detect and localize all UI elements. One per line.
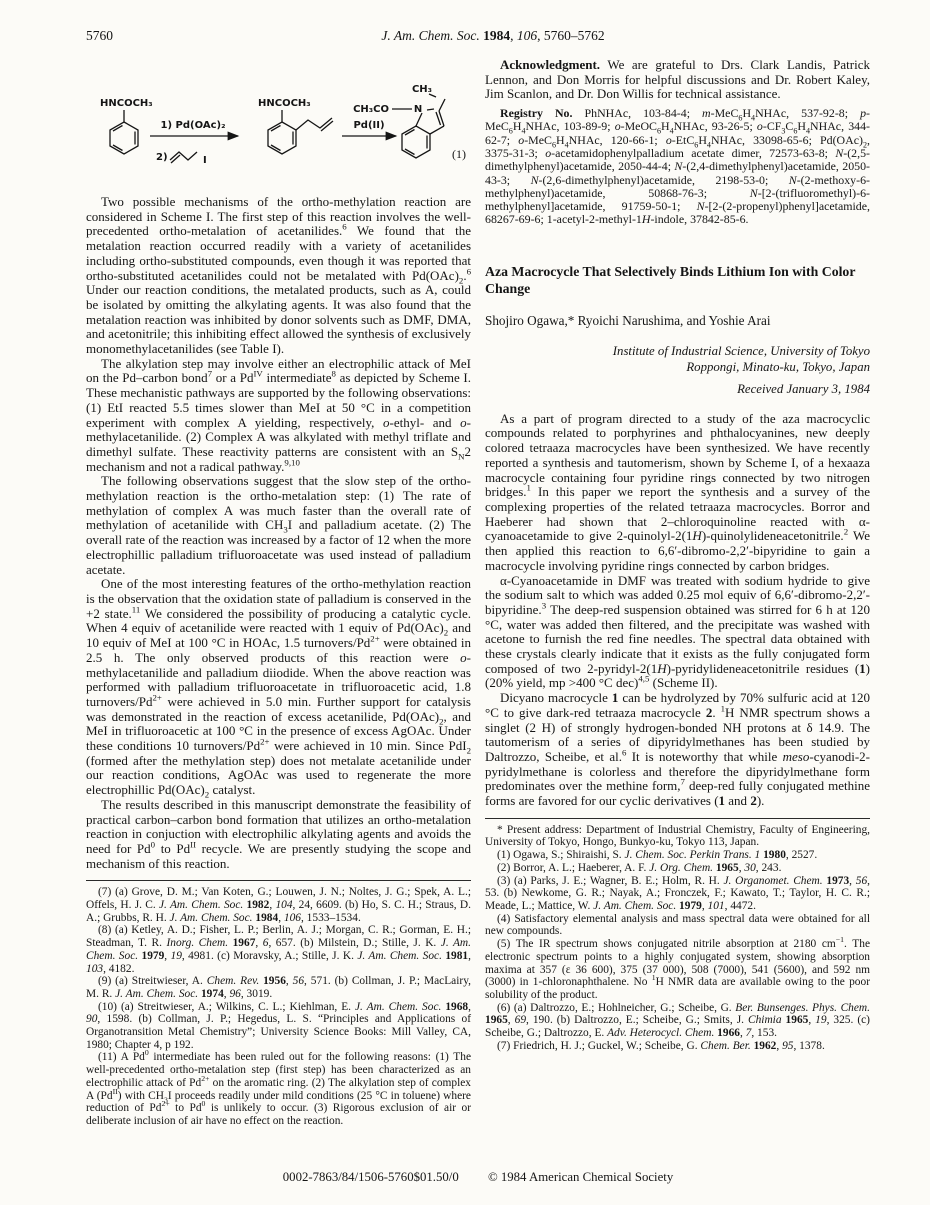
right-column: Acknowledgment. We are grateful to Drs. … bbox=[485, 56, 870, 1128]
left-column: HNCOCH₃ 1) Pd(OAc)₂ 2) I HNCOCH₃ bbox=[86, 56, 471, 1128]
page-number: 5760 bbox=[86, 28, 176, 44]
journal-citation: J. Am. Chem. Soc. 1984, 106, 5760–5762 bbox=[176, 28, 870, 44]
iodide-label: I bbox=[203, 155, 207, 166]
equation-number: (1) bbox=[452, 147, 466, 161]
acetyl-label: CH₃CO bbox=[353, 104, 389, 115]
page-header: 5760 J. Am. Chem. Soc. 1984, 106, 5760–5… bbox=[86, 28, 870, 44]
copyright-notice: © 1984 American Chemical Society bbox=[488, 1170, 673, 1184]
footnote: (7) (a) Grove, D. M.; Van Koten, G.; Lou… bbox=[86, 886, 471, 924]
footnote: * Present address: Department of Industr… bbox=[485, 824, 870, 849]
arrow1-step2-label: 2) bbox=[156, 152, 168, 163]
two-column-layout: HNCOCH₃ 1) Pd(OAc)₂ 2) I HNCOCH₃ bbox=[86, 56, 870, 1128]
footnote: (3) (a) Parks, J. E.; Wagner, B. E.; Hol… bbox=[485, 875, 870, 913]
acetamido-label-2: HNCOCH₃ bbox=[258, 98, 311, 109]
footnote: (1) Ogawa, S.; Shiraishi, S. J. Chem. So… bbox=[485, 849, 870, 862]
paragraph: The following observations suggest that … bbox=[86, 474, 471, 577]
article-authors: Shojiro Ogawa,* Ryoichi Narushima, and Y… bbox=[485, 313, 870, 329]
article-title: Aza Macrocycle That Selectively Binds Li… bbox=[485, 263, 870, 298]
affiliation-line: Roppongi, Minato-ku, Tokyo, Japan bbox=[485, 359, 870, 375]
acknowledgment-paragraph: Acknowledgment. We are grateful to Drs. … bbox=[485, 58, 870, 102]
allyl-iodide-chain bbox=[170, 152, 197, 160]
paragraph: The results described in this manuscript… bbox=[86, 798, 471, 872]
reaction-scheme-drawing: HNCOCH₃ 1) Pd(OAc)₂ 2) I HNCOCH₃ bbox=[86, 70, 468, 182]
footnote: (9) (a) Streitwieser, A. Chem. Rev. 1956… bbox=[86, 975, 471, 1000]
footnote: (8) (a) Ketley, A. D.; Fisher, L. P.; Be… bbox=[86, 924, 471, 975]
arrow2-pd-label: Pd(II) bbox=[353, 120, 384, 131]
affiliation-line: Institute of Industrial Science, Univers… bbox=[485, 343, 870, 359]
arrow1-step1-label: 1) Pd(OAc)₂ bbox=[161, 120, 226, 131]
footnote-divider bbox=[485, 818, 870, 819]
footnote: (6) (a) Daltrozzo, E.; Hohlneicher, G.; … bbox=[485, 1002, 870, 1040]
received-date: Received January 3, 1984 bbox=[485, 382, 870, 397]
footnote: (11) A Pd0 intermediate has been ruled o… bbox=[86, 1051, 471, 1127]
methyl-label: CH₃ bbox=[412, 84, 432, 95]
registry-paragraph: Registry No. PhNHAc, 103-84-4; m-MeC6H4N… bbox=[485, 107, 870, 227]
paragraph: As a part of program directed to a study… bbox=[485, 412, 870, 574]
acetamido-label-1: HNCOCH₃ bbox=[100, 98, 153, 109]
issn-code: 0002-7863/84/1506-5760$01.50/0 bbox=[283, 1170, 459, 1184]
reaction-scheme-equation-1: HNCOCH₃ 1) Pd(OAc)₂ 2) I HNCOCH₃ bbox=[86, 70, 471, 187]
journal-page: 5760 J. Am. Chem. Soc. 1984, 106, 5760–5… bbox=[0, 0, 930, 1205]
allyl-chain bbox=[296, 118, 332, 130]
nitrogen-label: N bbox=[414, 104, 422, 115]
footnote: (2) Borror, A. L.; Haeberer, A. F. J. Or… bbox=[485, 862, 870, 875]
footnote: (10) (a) Streitwieser, A.; Wilkins, C. L… bbox=[86, 1001, 471, 1052]
benzene-ring-2 bbox=[268, 122, 296, 154]
footnote: (4) Satisfactory elemental analysis and … bbox=[485, 913, 870, 938]
paragraph: Dicyano macrocycle 1 can be hydrolyzed b… bbox=[485, 691, 870, 809]
paragraph: Two possible mechanisms of the ortho-met… bbox=[86, 195, 471, 357]
footnote: (7) Friedrich, H. J.; Guckel, W.; Scheib… bbox=[485, 1040, 870, 1053]
paragraph: α-Cyanoacetamide in DMF was treated with… bbox=[485, 574, 870, 692]
footnote-divider bbox=[86, 880, 471, 881]
indole-benzene-ring bbox=[402, 126, 430, 158]
page-footer: 0002-7863/84/1506-5760$01.50/0 © 1984 Am… bbox=[86, 1170, 870, 1185]
paragraph: The alkylation step may involve either a… bbox=[86, 357, 471, 475]
footnote: (5) The IR spectrum shows conjugated nit… bbox=[485, 938, 870, 1002]
paragraph: One of the most interesting features of … bbox=[86, 577, 471, 798]
benzene-ring-1 bbox=[110, 122, 138, 154]
